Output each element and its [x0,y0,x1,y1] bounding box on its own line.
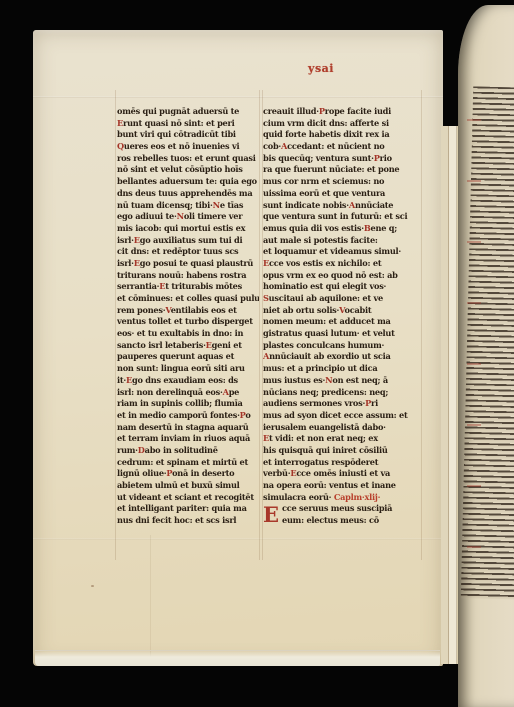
text-line: hominatio est qui elegit vos· [263,281,423,293]
red-highlight: V [339,305,344,315]
text-line: sunt indicate nobis·Annūciate [263,200,423,212]
text-line: uissima eorū et que ventura [263,188,423,200]
text-line: emus quia dii vos estis·Bene q; [263,223,423,235]
red-highlight: B [364,223,371,233]
text-block: omēs qui pugnāt aduersū teErunt quasi nō… [117,106,423,527]
text-line: aut male si potestis facite: [263,235,423,247]
page-edge [449,126,458,664]
manuscript-page: ysai omēs qui pugnāt aduersū teErunt qua… [33,30,443,666]
text-line: bunt viri qui cōtradicūt tibi [117,129,259,141]
red-highlight: D [138,445,145,455]
red-highlight: E [134,258,140,268]
parchment-speck [91,585,94,587]
text-line: nū tuam dicensq; tibi·Ne tīas [117,200,259,212]
text-line: riam in supinis collib; flumīa [117,398,259,410]
red-highlight: A [223,387,229,397]
text-line: ra que fuerunt nūciate: et pone [263,164,423,176]
text-line: mus: et a principio ut dica [263,363,423,375]
text-line: verbū·Ecce omēs iniusti et va [263,468,423,480]
text-line: cob·Accedant: et nūcient no [263,141,423,153]
red-highlight: E [134,235,140,245]
text-line: ego adiuui te·Noli timere ver [117,211,259,223]
text-line: bellantes aduersum te: quia ego [117,176,259,188]
red-highlight: P [374,153,380,163]
red-highlight: E [263,258,269,268]
chapter-rubric: Caplm·xlij· [334,492,380,502]
manuscript-photo: ysai omēs qui pugnāt aduersū teErunt qua… [0,0,514,707]
text-line: dns deus tuus apprehendēs ma [117,188,259,200]
text-line: quid forte habetis dixit rex ia [263,129,423,141]
red-highlight: E [263,433,269,443]
page-edge [441,126,449,664]
red-highlight: Q [117,141,124,151]
text-line: mus cor nrm et sciemus: no [263,176,423,188]
text-line: plastes conculcans humum· [263,340,423,352]
text-line: eum: electus meus: cō [282,515,423,527]
facing-page [458,5,514,707]
text-line: pauperes querunt aquas et [117,351,259,363]
red-highlight: E [117,118,123,128]
text-line: et intelligant pariter: quia ma [117,503,259,515]
text-line: et terram inviam in riuos aquā [117,433,259,445]
text-line: et interrogatus respōderet [263,457,423,469]
text-line: non sunt: lingua eorū siti aru [117,363,259,375]
text-line: nus dni fecit hoc: et scs isrl [117,515,259,527]
page-bottom-edge [35,650,440,666]
text-line: cedrum: et spinam et mirtū et [117,457,259,469]
text-line: triturans nouū: habens rostra [117,270,259,282]
text-line: niet ab ortu solis·Vocabit [263,305,423,317]
text-line: his quisquā qui iniret cōsiliū [263,445,423,457]
text-line: eos· et tu exultabis in dno: in [117,328,259,340]
red-highlight: A [349,200,355,210]
text-line: Annūciauit ab exordio ut scia [263,351,423,363]
text-line: it·Ego dns exaudiam eos: ds [117,375,259,387]
text-line: rem pones·Ventilabis eos et [117,305,259,317]
text-line: Ecce vos estis ex nichilo: et [263,258,423,270]
ruling-line [115,90,116,560]
text-line: Suscitaui ab aquilone: et ve [263,293,423,305]
red-highlight: A [281,141,287,151]
text-line: opus vrm ex eo quod nō est: ab [263,270,423,282]
text-line: lignū oliue·Ponā in deserto [117,468,259,480]
text-line: gistratus quasi lutum· et velut [263,328,423,340]
text-line: Et vidi: et non erat neq; ex [263,433,423,445]
text-line: mis iacob: qui mortui estis ex [117,223,259,235]
text-line: Erunt quasi nō sint: et peri [117,118,259,130]
red-highlight: P [319,106,325,116]
text-line: ros rebelles tuos: et erunt quasi [117,153,259,165]
running-header: ysai [271,62,371,75]
red-highlight: S [263,293,269,303]
fold-crease-bottom [33,538,443,540]
text-line: na opera eorū: ventus et inane [263,480,423,492]
text-line: isrl·Ego auxiliatus sum tui di [117,235,259,247]
facing-page-rubrics [467,87,481,599]
red-highlight: E [159,281,165,291]
ruling-line [150,535,151,665]
text-line: cit dns: et redēptor tuus scs [117,246,259,258]
text-column-right: creauit illud·Prope facite iudicium vrm … [263,106,423,527]
text-line: isrl: non derelinquā eos·Ape [117,387,259,399]
text-line: nō sint et velut cōsūptio hoīs [117,164,259,176]
text-line: mus iustus es·Non est neq; ā [263,375,423,387]
red-highlight: A [263,351,269,361]
red-highlight: E [290,468,296,478]
text-line: sancto isrl letaberis·Egeni et [117,340,259,352]
chapter-start: Ecce seruus meus suscipiāeum: electus me… [263,503,423,526]
red-highlight: N [213,200,220,210]
text-line: que ventura sunt in futurū: et sci [263,211,423,223]
text-line: omēs qui pugnāt aduersū te [117,106,259,118]
red-highlight: P [240,410,246,420]
text-line: serrantia·Et triturabis mōtes [117,281,259,293]
text-line: ventus tollet et turbo disperget [117,316,259,328]
text-line: ierusalem euangelistā dabo· [263,422,423,434]
text-line: creauit illud·Prope facite iudi [263,106,423,118]
fold-crease-top [33,96,443,98]
text-line: isrl·Ego posui te quasi plaustrū [117,258,259,270]
text-line: audiens sermones vros·Pri [263,398,423,410]
red-highlight: N [325,375,332,385]
text-line: abietem ulmū et buxū simul [117,480,259,492]
text-line: nūcians neq; predicens: neq; [263,387,423,399]
text-line: et in medio camporū fontes·Po [117,410,259,422]
red-highlight: E [126,375,132,385]
text-column-left: omēs qui pugnāt aduersū teErunt quasi nō… [117,106,259,527]
text-line: mus ad syon dicet ecce assum: et [263,410,423,422]
text-line: nam desertū in stagna aquarū [117,422,259,434]
text-line: rum·Dabo in solitudinē [117,445,259,457]
text-line: bis quecūq; ventura sunt·Prio [263,153,423,165]
text-line: et loquamur et videamus simul· [263,246,423,258]
text-line: Queres eos et nō inuenies vi [117,141,259,153]
text-line: ut videant et sciant et recogitēt [117,492,259,504]
red-highlight: P [166,468,172,478]
red-highlight: E [206,340,212,350]
chapter-initial: E [263,504,279,525]
text-line: simulacra eorū· Caplm·xlij· [263,492,423,504]
text-line: cce seruus meus suscipiā [282,503,423,515]
red-highlight: V [165,305,170,315]
text-line: nomen meum: et adducet ma [263,316,423,328]
text-line: cium vrm dicit dns: afferte si [263,118,423,130]
red-highlight: N [177,211,184,221]
red-highlight: P [365,398,371,408]
text-line: et cōminues: et colles quasi pulue [117,293,259,305]
